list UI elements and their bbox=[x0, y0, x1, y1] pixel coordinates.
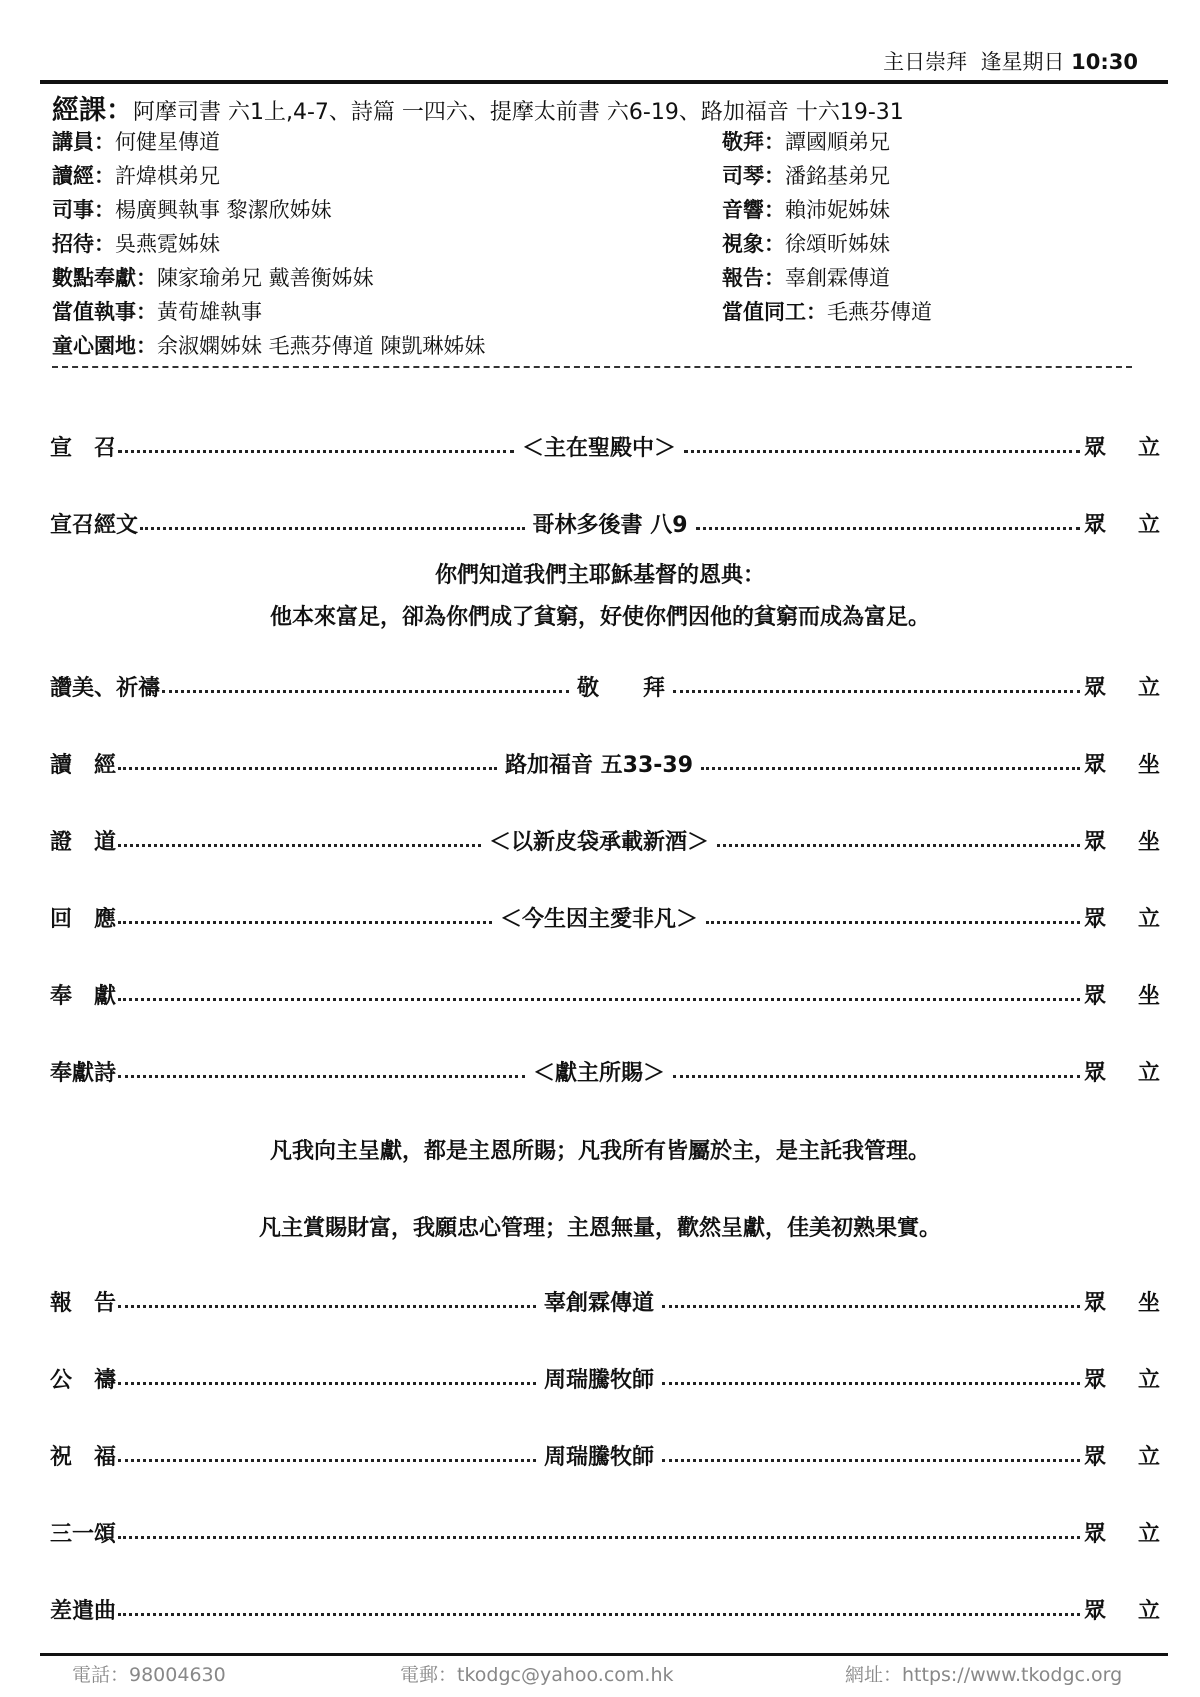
footer-email[interactable]: 電郵：tkodgc@yahoo.com.hk bbox=[400, 1660, 674, 1687]
leader-dots bbox=[118, 998, 1080, 1001]
roster-item: 司琴：潘銘基弟兄 bbox=[722, 159, 932, 193]
leader-dots bbox=[662, 1459, 1080, 1462]
roster-item: 講員：何健星傳道 bbox=[52, 125, 485, 159]
leader-dots bbox=[696, 527, 1081, 530]
order-item-offering-hymn: 奉獻詩＜獻主所賜＞眾立 bbox=[50, 1051, 1160, 1091]
leader-dots bbox=[684, 450, 1080, 453]
leader-dots bbox=[118, 1305, 536, 1308]
leader-dots bbox=[118, 450, 514, 453]
bottom-rule bbox=[40, 1653, 1168, 1656]
leader-dots bbox=[118, 1536, 1080, 1539]
footer-phone: 電話：98004630 bbox=[72, 1660, 226, 1687]
leader-dots bbox=[717, 844, 1080, 847]
order-item-sending-hymn: 差遣曲眾立 bbox=[50, 1589, 1160, 1629]
roster-item: 讀經：許煒棋弟兄 bbox=[52, 159, 485, 193]
leader-dots bbox=[701, 767, 1080, 770]
service-time: 10:30 bbox=[1071, 50, 1138, 74]
header-title: 主日崇拜 逢星期日 10:30 bbox=[883, 46, 1138, 76]
order-item-announcements: 報 告辜創霖傳道眾坐 bbox=[50, 1281, 1160, 1321]
call-verse-line-1: 你們知道我們主耶穌基督的恩典： bbox=[0, 558, 1200, 589]
leader-dots bbox=[118, 1459, 536, 1462]
roster-item: 敬拜：譚國順弟兄 bbox=[722, 125, 932, 159]
service-day: 逢星期日 bbox=[980, 50, 1064, 74]
order-item-pastoral-prayer: 公 禱周瑞騰牧師眾立 bbox=[50, 1358, 1160, 1398]
top-rule bbox=[40, 80, 1168, 84]
lessons: 經課：阿摩司書 六1上,4-7、詩篇 一四六、提摩太前書 六6-19、路加福音 … bbox=[52, 88, 904, 127]
roster-right: 敬拜：譚國順弟兄 司琴：潘銘基弟兄 音響：賴沛妮姊妹 視象：徐頌昕姊妹 報告：辜… bbox=[722, 125, 932, 329]
roster-item: 數點奉獻：陳家瑜弟兄 戴善衡姊妹 bbox=[52, 261, 485, 295]
leader-dots bbox=[162, 690, 569, 693]
roster-item: 視象：徐頌昕姊妹 bbox=[722, 227, 932, 261]
dashed-divider bbox=[52, 366, 1132, 368]
order-item-scripture-reading: 讀 經路加福音 五33-39眾坐 bbox=[50, 743, 1160, 783]
leader-dots bbox=[706, 921, 1080, 924]
service-name: 主日崇拜 bbox=[883, 50, 967, 74]
roster-item: 司事：楊廣興執事 黎潔欣姊妹 bbox=[52, 193, 485, 227]
order-item-sermon: 證 道＜以新皮袋承載新酒＞眾坐 bbox=[50, 820, 1160, 860]
leader-dots bbox=[662, 1382, 1080, 1385]
order-item-call-to-worship: 宣 召＜主在聖殿中＞眾立 bbox=[50, 426, 1160, 466]
footer-website[interactable]: 網址：https://www.tkodgc.org bbox=[845, 1660, 1122, 1687]
leader-dots bbox=[662, 1305, 1080, 1308]
leader-dots bbox=[118, 921, 492, 924]
roster-item: 招待：吳燕霓姊妹 bbox=[52, 227, 485, 261]
roster-item: 音響：賴沛妮姊妹 bbox=[722, 193, 932, 227]
lessons-label: 經課： bbox=[52, 95, 133, 126]
order-item-benediction: 祝 福周瑞騰牧師眾立 bbox=[50, 1435, 1160, 1475]
leader-dots bbox=[118, 1075, 525, 1078]
leader-dots bbox=[118, 1613, 1080, 1616]
order-item-praise-prayer: 讚美、祈禱敬 拜眾立 bbox=[50, 666, 1160, 706]
roster-item: 當值執事：黃荀雄執事 bbox=[52, 295, 485, 329]
leader-dots bbox=[140, 527, 525, 530]
order-item-offering: 奉 獻眾坐 bbox=[50, 974, 1160, 1014]
leader-dots bbox=[118, 1382, 536, 1385]
offering-hymn-line-1: 凡我向主呈獻，都是主恩所賜；凡我所有皆屬於主，是主託我管理。 bbox=[0, 1134, 1200, 1165]
roster-item: 當值同工：毛燕芬傳道 bbox=[722, 295, 932, 329]
roster-item: 童心園地：余淑嫻姊妹 毛燕芬傳道 陳凱琳姊妹 bbox=[52, 329, 485, 363]
order-item-doxology: 三一頌眾立 bbox=[50, 1512, 1160, 1552]
order-item-response: 回 應＜今生因主愛非凡＞眾立 bbox=[50, 897, 1160, 937]
leader-dots bbox=[673, 1075, 1080, 1078]
roster-item: 報告：辜創霖傳道 bbox=[722, 261, 932, 295]
roster-left: 講員：何健星傳道 讀經：許煒棋弟兄 司事：楊廣興執事 黎潔欣姊妹 招待：吳燕霓姊… bbox=[52, 125, 485, 363]
leader-dots bbox=[673, 690, 1080, 693]
leader-dots bbox=[118, 844, 481, 847]
leader-dots bbox=[118, 767, 497, 770]
lessons-text: 阿摩司書 六1上,4-7、詩篇 一四六、提摩太前書 六6-19、路加福音 十六1… bbox=[133, 100, 904, 125]
call-verse-line-2: 他本來富足，卻為你們成了貧窮，好使你們因他的貧窮而成為富足。 bbox=[0, 600, 1200, 631]
order-item-call-verse: 宣召經文哥林多後書 八9眾立 bbox=[50, 503, 1160, 543]
offering-hymn-line-2: 凡主賞賜財富，我願忠心管理；主恩無量，歡然呈獻，佳美初熟果實。 bbox=[0, 1211, 1200, 1242]
